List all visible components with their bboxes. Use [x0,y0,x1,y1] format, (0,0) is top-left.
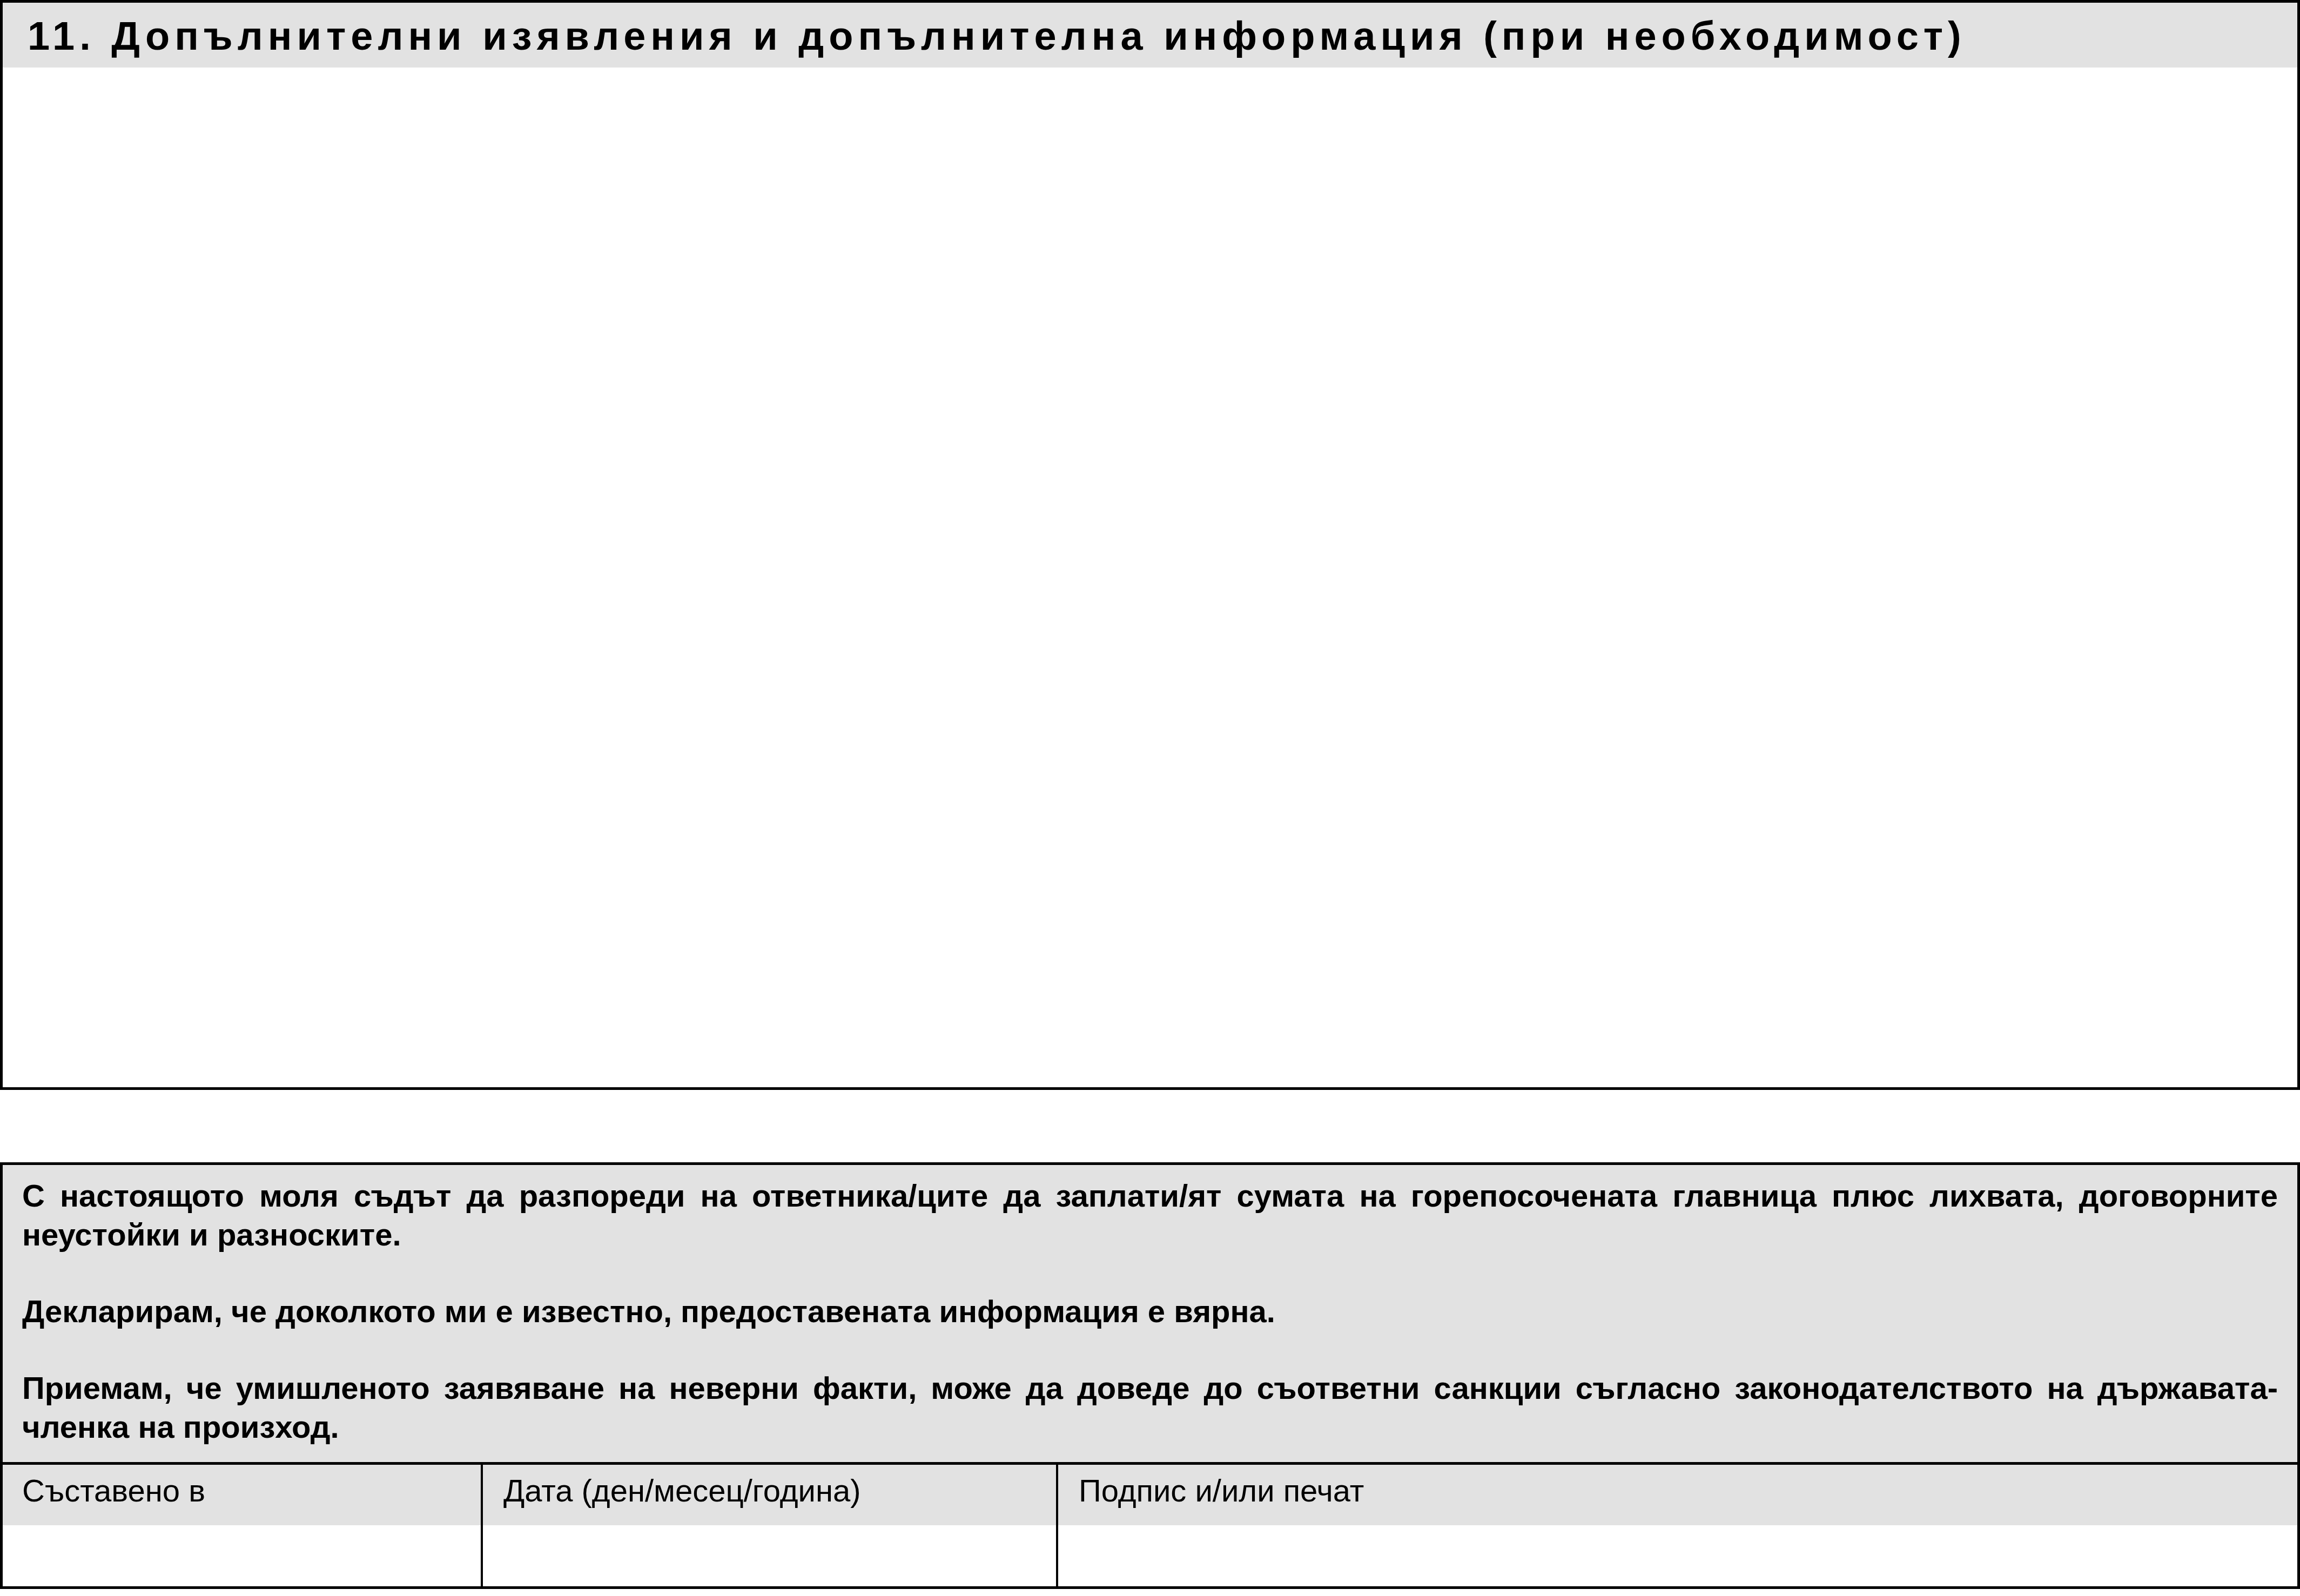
signature-label: Подпис и/или печат [1058,1465,2297,1525]
declaration-text: С настоящото моля съдът да разпореди на … [22,1177,2278,1447]
declaration-section: С настоящото моля съдът да разпореди на … [0,1162,2300,1589]
additional-statements-section: 11. Допълнителни изявления и допълнителн… [0,0,2300,1090]
section-header: 11. Допълнителни изявления и допълнителн… [3,3,2297,68]
place-field[interactable] [3,1525,481,1586]
date-field[interactable] [483,1525,1056,1586]
date-column: Дата (ден/месец/година) [481,1465,1056,1586]
date-label: Дата (ден/месец/година) [483,1465,1056,1525]
signature-field[interactable] [1058,1525,2297,1586]
signature-table: Съставено в Дата (ден/месец/година) Подп… [3,1462,2297,1586]
signature-column: Подпис и/или печат [1056,1465,2297,1586]
declaration-sanctions-paragraph: Приемам, че умишленото заявяване на неве… [22,1369,2278,1447]
section-title: 11. Допълнителни изявления и допълнителн… [28,14,1966,56]
declaration-truth-paragraph: Декларирам, че доколкото ми е известно, … [22,1292,2278,1331]
declaration-request-paragraph: С настоящото моля съдът да разпореди на … [22,1177,2278,1255]
place-label: Съставено в [3,1465,481,1525]
additional-statements-field[interactable] [3,68,2297,1087]
place-column: Съставено в [3,1465,481,1586]
